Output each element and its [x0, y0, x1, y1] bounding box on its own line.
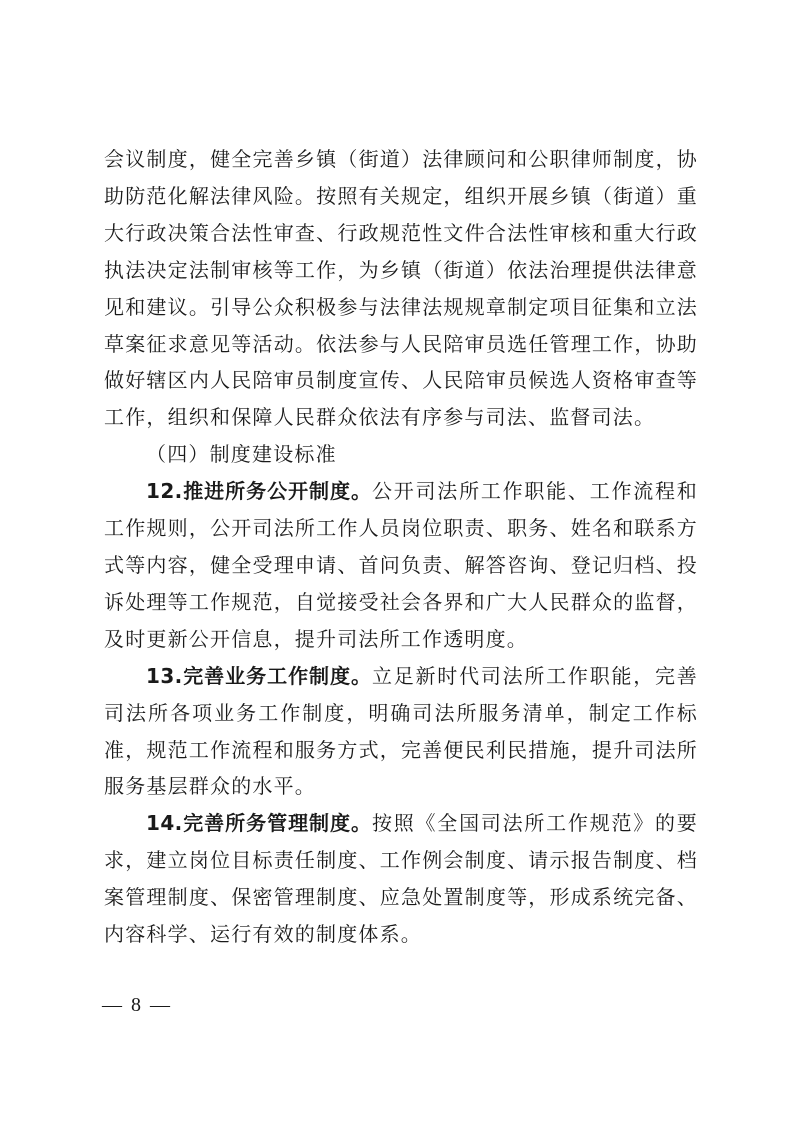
paragraph-legal-advisory: 会议制度，健全完善乡镇（街道）法律顾问和公职律师制度，协助防范化解法律风险。按照… — [104, 141, 698, 436]
page-number: — 8 — — [102, 994, 172, 1017]
heading-text: （四）制度建设标准 — [146, 442, 337, 466]
item-text: 公开司法所工作职能、工作流程和工作规则，公开司法所工作人员岗位职责、职务、姓名和… — [104, 479, 698, 651]
document-page: 会议制度，健全完善乡镇（街道）法律顾问和公职律师制度，协助防范化解法律风险。按照… — [104, 141, 698, 953]
item-title: 12.推进所务公开制度。 — [146, 479, 372, 503]
item-title: 14.完善所务管理制度。 — [146, 811, 372, 835]
paragraph-text: 会议制度，健全完善乡镇（街道）法律顾问和公职律师制度，协助防范化解法律风险。按照… — [104, 147, 698, 429]
section-heading-institutional-standards: （四）制度建设标准 — [104, 436, 698, 473]
item-12-public-affairs: 12.推进所务公开制度。公开司法所工作职能、工作流程和工作规则，公开司法所工作人… — [104, 473, 698, 658]
item-14-management-system: 14.完善所务管理制度。按照《全国司法所工作规范》的要求，建立岗位目标责任制度、… — [104, 805, 698, 953]
item-13-business-system: 13.完善业务工作制度。立足新时代司法所工作职能，完善司法所各项业务工作制度，明… — [104, 658, 698, 806]
item-title: 13.完善业务工作制度。 — [146, 664, 372, 688]
